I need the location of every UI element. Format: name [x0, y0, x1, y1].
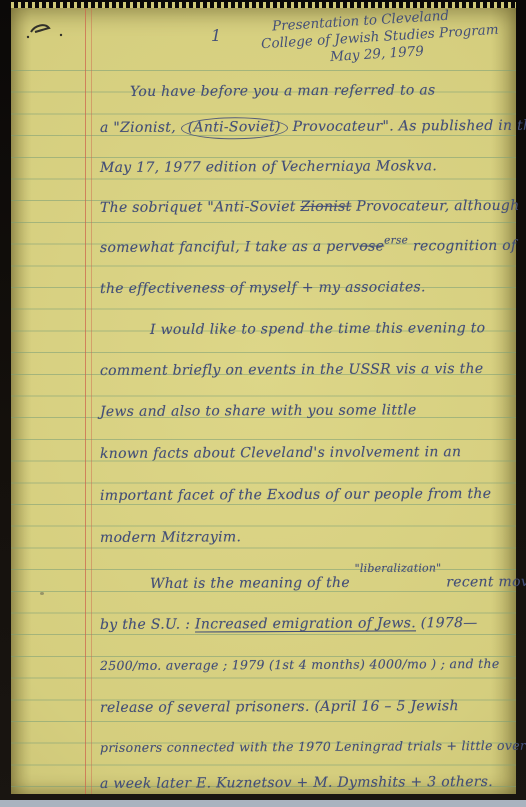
line-text: comment briefly on events in the USSR vi… — [100, 361, 483, 379]
handwritten-line: a week later E. Kuznetsov + M. Dymshits … — [100, 774, 493, 792]
line-text: I would like to spend the time this even… — [150, 320, 485, 338]
line-text: Jews and also to share with you some lit… — [100, 402, 417, 420]
handwritten-line: release of several prisoners. (April 16 … — [100, 698, 459, 716]
handwritten-line: known facts about Cleveland's involvemen… — [100, 444, 461, 462]
page-number: 1 — [211, 26, 221, 45]
line-text: recognition of — [408, 238, 516, 255]
line-text: What is the meaning of the — [150, 575, 355, 592]
handwritten-line: comment briefly on events in the USSR vi… — [100, 361, 483, 379]
handwritten-line: 2500/mo. average ; 1979 (1st 4 months) 4… — [100, 656, 500, 673]
header-note: Presentation to Cleveland College of Jew… — [260, 5, 500, 70]
handwritten-line: You have before you a man referred to as — [130, 82, 436, 100]
handwritten-line: a "Zionist, (Anti-Soviet) Provocateur". … — [100, 118, 526, 136]
pencil-mark — [40, 592, 44, 595]
line-text: modern Mitzrayim. — [100, 529, 241, 546]
line-text: release of several prisoners. (April 16 … — [100, 698, 459, 716]
line-text: prisoners connected with the 1970 Lening… — [100, 738, 526, 755]
handwritten-line: by the S.U. : Increased emigration of Je… — [100, 615, 478, 633]
line-text: known facts about Cleveland's involvemen… — [100, 444, 461, 462]
line-text: (1978— — [416, 615, 478, 631]
handwritten-line: somewhat fanciful, I take as a pervoseer… — [100, 238, 517, 256]
line-text: 2500/mo. average ; 1979 (1st 4 months) 4… — [100, 656, 500, 673]
line-text: The sobriquet "Anti-Soviet — [100, 199, 301, 216]
handwritten-line: the effectiveness of myself + my associa… — [100, 279, 426, 297]
handwritten-line: important facet of the Exodus of our peo… — [100, 486, 491, 504]
margin-line — [85, 8, 92, 794]
line-text: Provocateur, although — [351, 198, 519, 215]
line-text: May 17, 1977 edition of Vecherniaya Mosk… — [100, 158, 437, 176]
underlined-phrase: Increased emigration of Jews. — [195, 615, 416, 632]
struck-word: Zionist — [300, 199, 351, 215]
handwritten-line: prisoners connected with the 1970 Lening… — [100, 738, 526, 755]
line-text: a "Zionist, — [100, 120, 181, 136]
line-text: the effectiveness of myself + my associa… — [100, 279, 426, 297]
scanned-notebook-page: { "colors": { "paper": "#d5ce7e", "rule_… — [0, 0, 526, 807]
line-text: important facet of the Exodus of our peo… — [100, 486, 491, 504]
line-text: by the S.U. : — [100, 617, 195, 633]
line-text: You have before you a man referred to as — [130, 82, 436, 100]
handwritten-line: modern Mitzrayim. — [100, 529, 241, 546]
line-text: a week later E. Kuznetsov + M. Dymshits … — [100, 774, 493, 792]
handwritten-line: The sobriquet "Anti-Soviet Zionist Provo… — [100, 198, 520, 216]
line-text: Provocateur". As published in the — [288, 118, 526, 135]
inserted-correction: erse — [384, 234, 408, 246]
bottom-scan-strip — [0, 800, 526, 807]
handwritten-line: May 17, 1977 edition of Vecherniaya Mosk… — [100, 158, 437, 176]
ink-scribble — [25, 20, 67, 44]
line-text: recent moves — [441, 574, 526, 591]
handwritten-line: What is the meaning of the "liberalizati… — [150, 574, 526, 592]
line-text: somewhat fanciful, I take as a perv — [100, 239, 359, 256]
paper: Presentation to Cleveland College of Jew… — [11, 8, 516, 794]
handwritten-line: Jews and also to share with you some lit… — [100, 402, 417, 420]
handwritten-line: I would like to spend the time this even… — [150, 320, 485, 338]
inserted-word-above: "liberalization" — [355, 561, 442, 574]
struck-word: ose — [359, 239, 384, 255]
